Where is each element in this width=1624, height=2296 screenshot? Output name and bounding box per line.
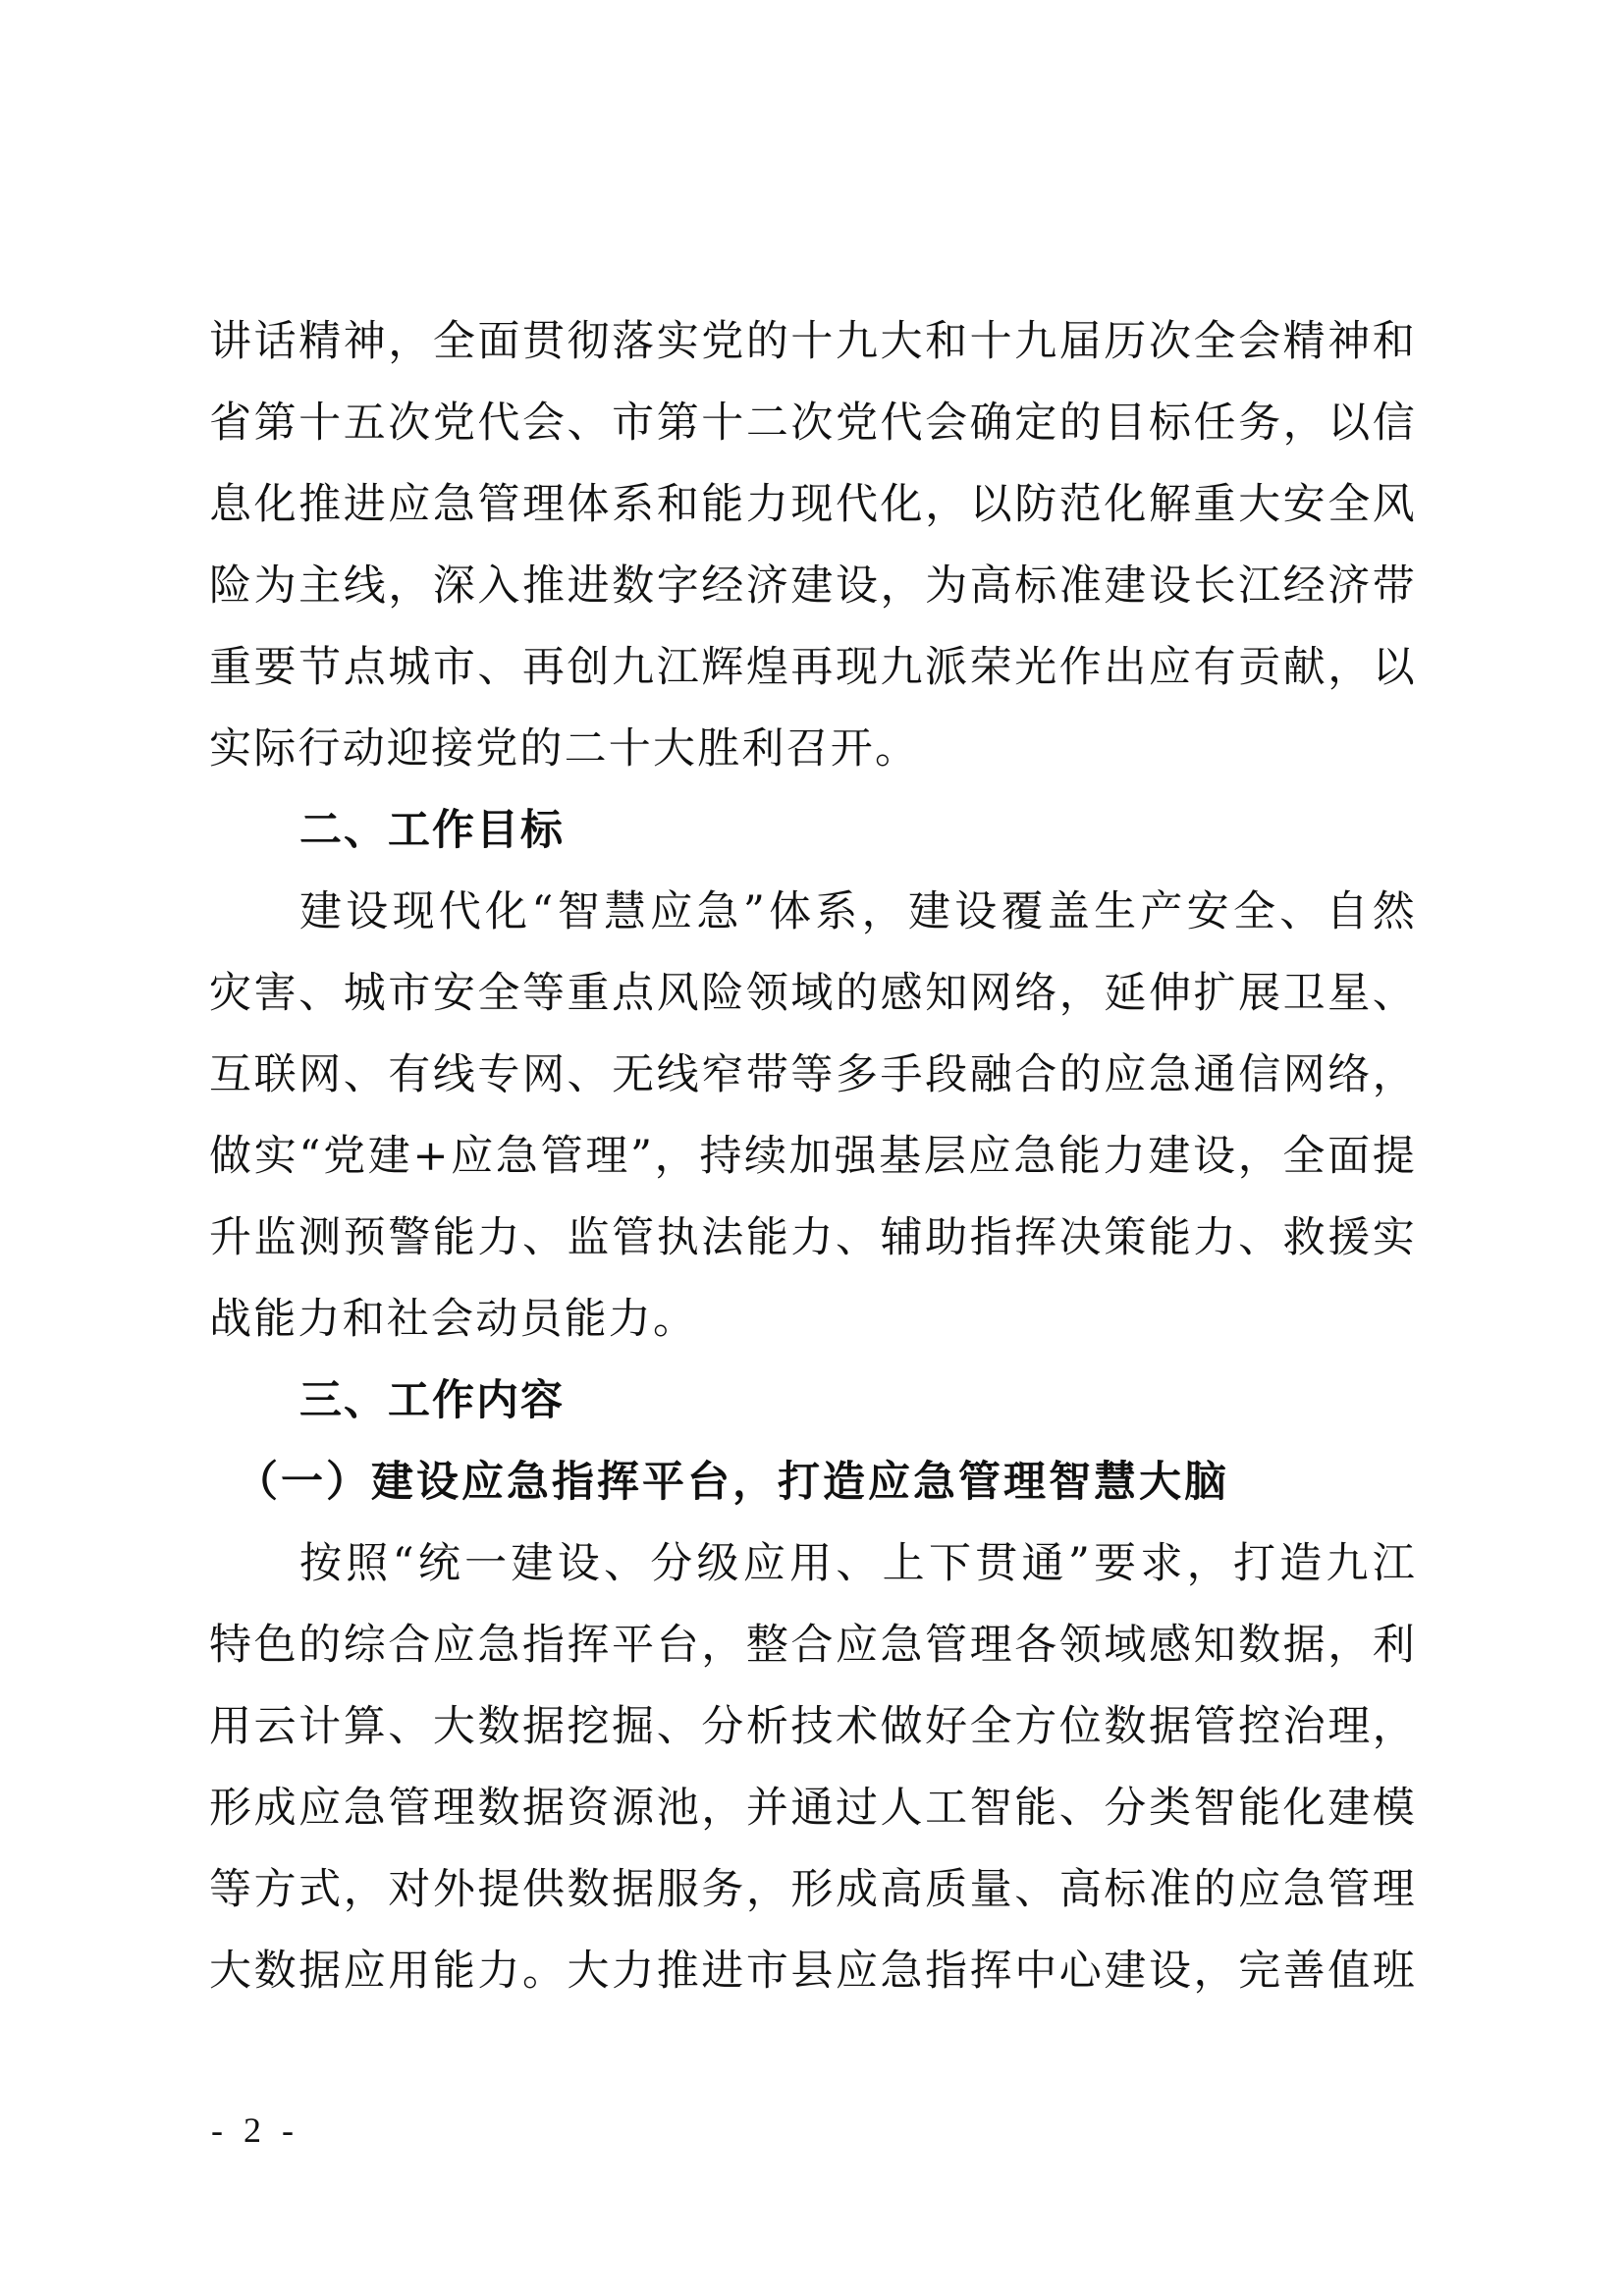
paragraph-line: 大数据应用能力。大力推进市县应急指挥中心建设，完善值班 <box>209 1942 1417 2001</box>
paragraph-line: 讲话精神，全面贯彻落实党的十九大和十九届历次全会精神和 <box>209 312 1417 371</box>
section-heading-work-content: 三、工作内容 <box>299 1371 565 1430</box>
paragraph-line: 等方式，对外提供数据服务，形成高质量、高标准的应急管理 <box>209 1860 1417 1919</box>
document-page: 讲话精神，全面贯彻落实党的十九大和十九届历次全会精神和 省第十五次党代会、市第十… <box>0 0 1624 2296</box>
paragraph-line: 灾害、城市安全等重点风险领域的感知网络，延伸扩展卫星、 <box>209 964 1417 1023</box>
paragraph-line: 特色的综合应急指挥平台，整合应急管理各领域感知数据，利 <box>209 1616 1417 1675</box>
paragraph-line: 形成应急管理数据资源池，并通过人工智能、分类智能化建模 <box>209 1779 1417 1838</box>
paragraph-line: 险为主线，深入推进数字经济建设，为高标准建设长江经济带 <box>209 557 1417 615</box>
paragraph-line: 互联网、有线专网、无线窄带等多手段融合的应急通信网络， <box>209 1045 1417 1104</box>
paragraph-line: 省第十五次党代会、市第十二次党代会确定的目标任务，以信 <box>209 394 1417 453</box>
paragraph-line: 战能力和社会动员能力。 <box>209 1290 1417 1349</box>
paragraph-line: 按照“统一建设、分级应用、上下贯通”要求，打造九江 <box>299 1534 1417 1593</box>
paragraph-line: 做实“党建+应急管理”，持续加强基层应急能力建设，全面提 <box>209 1127 1417 1186</box>
paragraph-line: 升监测预警能力、监管执法能力、辅助指挥决策能力、救援实 <box>209 1208 1417 1267</box>
paragraph-line: 实际行动迎接党的二十大胜利召开。 <box>209 720 1417 778</box>
paragraph-line: 息化推进应急管理体系和能力现代化，以防范化解重大安全风 <box>209 475 1417 534</box>
paragraph-line: 建设现代化“智慧应急”体系，建设覆盖生产安全、自然 <box>299 882 1417 941</box>
section-heading-work-goals: 二、工作目标 <box>299 801 565 860</box>
paragraph-line: 重要节点城市、再创九江辉煌再现九派荣光作出应有贡献，以 <box>209 638 1417 697</box>
subsection-heading: （一）建设应急指挥平台，打造应急管理智慧大脑 <box>236 1453 1229 1512</box>
page-number: - 2 - <box>211 2109 299 2152</box>
paragraph-line: 用云计算、大数据挖掘、分析技术做好全方位数据管控治理， <box>209 1697 1417 1756</box>
